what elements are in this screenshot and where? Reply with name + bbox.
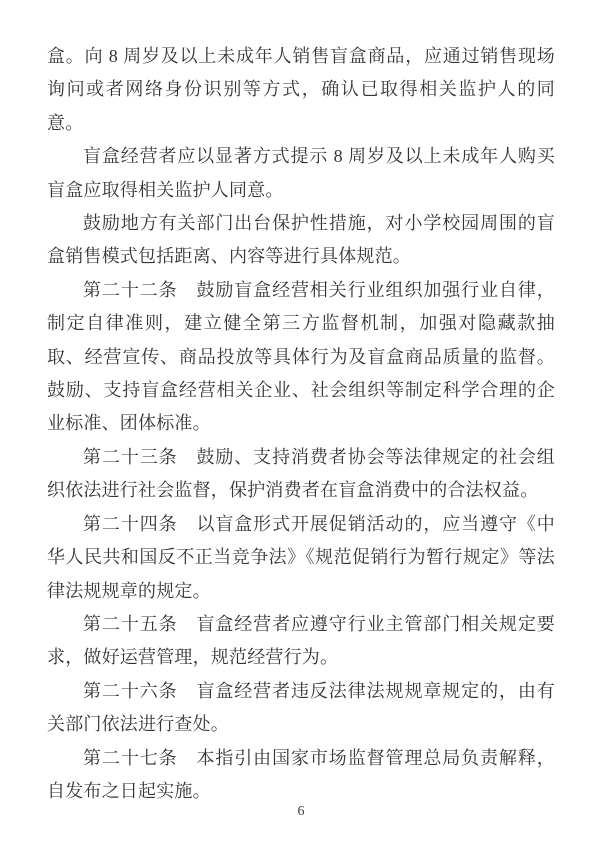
paragraph-article-24: 第二十四条 以盲盒形式开展促销活动的，应当遵守《中华人民共和国反不正当竞争法》《…	[47, 508, 555, 608]
document-body: 盒。向 8 周岁及以上未成年人销售盲盒商品，应通过销售现场询问或者网络身份识别等…	[47, 40, 555, 808]
paragraph-article-26: 第二十六条 盲盒经营者违反法律法规规章规定的，由有关部门依法进行查处。	[47, 675, 555, 742]
paragraph-continuation: 盒。向 8 周岁及以上未成年人销售盲盒商品，应通过销售现场询问或者网络身份识别等…	[47, 40, 555, 140]
page-number: 6	[298, 804, 305, 819]
document-page: 盒。向 8 周岁及以上未成年人销售盲盒商品，应通过销售现场询问或者网络身份识别等…	[0, 0, 602, 844]
paragraph-article-23: 第二十三条 鼓励、支持消费者协会等法律规定的社会组织依法进行社会监督，保护消费者…	[47, 441, 555, 508]
paragraph-article-27: 第二十七条 本指引由国家市场监督管理总局负责解释，自发布之日起实施。	[47, 742, 555, 809]
page-footer: 6	[0, 802, 602, 820]
paragraph-article-25: 第二十五条 盲盒经营者应遵守行业主管部门相关规定要求，做好运营管理，规范经营行为…	[47, 608, 555, 675]
paragraph-article-22: 第二十二条 鼓励盲盒经营相关行业组织加强行业自律，制定自律准则，建立健全第三方监…	[47, 274, 555, 441]
paragraph: 鼓励地方有关部门出台保护性措施，对小学校园周围的盲盒销售模式包括距离、内容等进行…	[47, 207, 555, 274]
paragraph: 盲盒经营者应以显著方式提示 8 周岁及以上未成年人购买盲盒应取得相关监护人同意。	[47, 140, 555, 207]
